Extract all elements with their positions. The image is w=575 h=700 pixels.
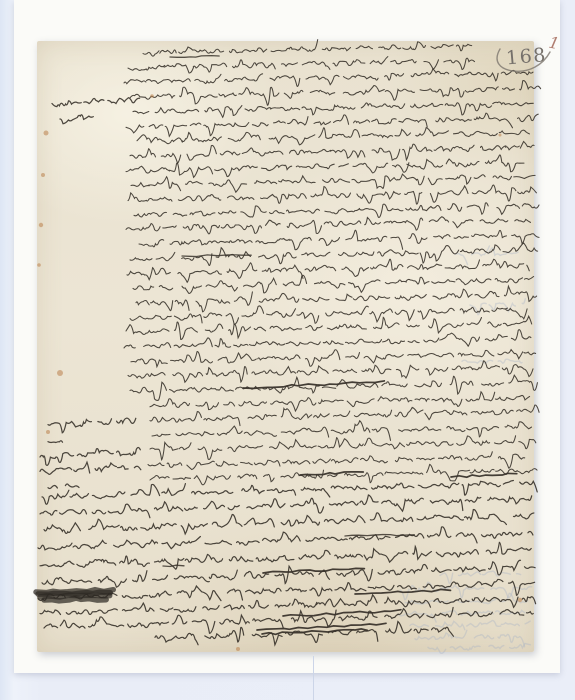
handwriting-line [130,243,538,266]
ghost-text-line [410,621,530,630]
handwriting-line [134,203,539,218]
foxing-spot [44,131,49,136]
handwriting-line [42,481,537,505]
scan-background: 168 1 [0,0,575,700]
page-number: 168 [505,44,548,69]
handwriting-line [128,57,475,73]
margin-note-line [60,115,93,124]
handwriting-line [40,542,531,569]
margin-note-line [48,484,79,488]
handwriting-line [152,421,532,441]
ghost-text-line [455,246,518,265]
margin-note-line [48,441,63,443]
handwriting-line [126,217,531,234]
handwriting-line [130,306,527,324]
handwriting-line [136,286,537,312]
handwriting-line [126,316,532,339]
margin-note-line [48,418,136,433]
corner-sequence-mark: 1 [547,33,561,54]
strikethrough-mark [451,473,517,477]
foxing-spot [518,598,522,602]
margin-note-line [40,447,140,465]
foxing-spot [236,647,240,651]
ink-smudge [38,592,110,594]
handwriting-line [130,375,537,400]
handwriting-line [128,185,536,204]
margin-note-line [40,462,141,474]
handwriting-line [143,40,472,57]
handwriting-line [128,361,533,382]
ghost-text-line [462,359,522,363]
handwriting-layer: 168 1 [0,0,575,700]
handwriting-line [155,622,453,645]
foxing-spot [57,370,63,376]
handwriting-line [150,436,536,460]
foxing-spot [499,134,502,137]
handwriting-line [44,510,534,534]
strikethrough-mark [263,568,364,573]
handwriting-line [40,495,532,518]
handwriting-line [133,102,533,117]
handwriting-line [148,452,525,470]
foxing-spot [150,94,154,98]
handwriting-line [150,392,530,411]
ink-smudge [44,598,106,601]
strikethrough-mark [257,623,386,630]
ghost-text-line [428,643,530,653]
foxing-spot [39,223,43,227]
strikethrough-mark [262,629,367,635]
handwriting-strokes [36,40,541,654]
underline-mark [170,56,219,58]
handwriting-line [137,128,529,145]
ghost-text-line [398,610,525,622]
ghost-text-line [415,630,525,647]
handwriting-line [131,174,535,192]
handwriting-line [124,69,533,86]
handwriting-line [126,155,524,177]
handwriting-line [42,560,535,587]
handwriting-line [130,81,541,106]
handwriting-line [133,275,534,293]
handwriting-line [139,230,539,250]
handwriting-line [38,527,533,550]
underline-mark [345,535,414,537]
foxing-spot [41,173,45,177]
margin-note-line [52,98,140,107]
underline-mark [182,255,251,257]
foxing-spot [37,263,41,267]
handwriting-line [127,259,529,282]
handwriting-line [130,142,534,164]
handwriting-line [131,350,536,367]
ghost-text-line [440,571,521,583]
handwriting-line [150,464,537,484]
underline-mark [163,565,184,566]
foxing-spot [46,430,50,434]
page-number-group: 168 [497,44,550,71]
handwriting-line [126,113,538,136]
